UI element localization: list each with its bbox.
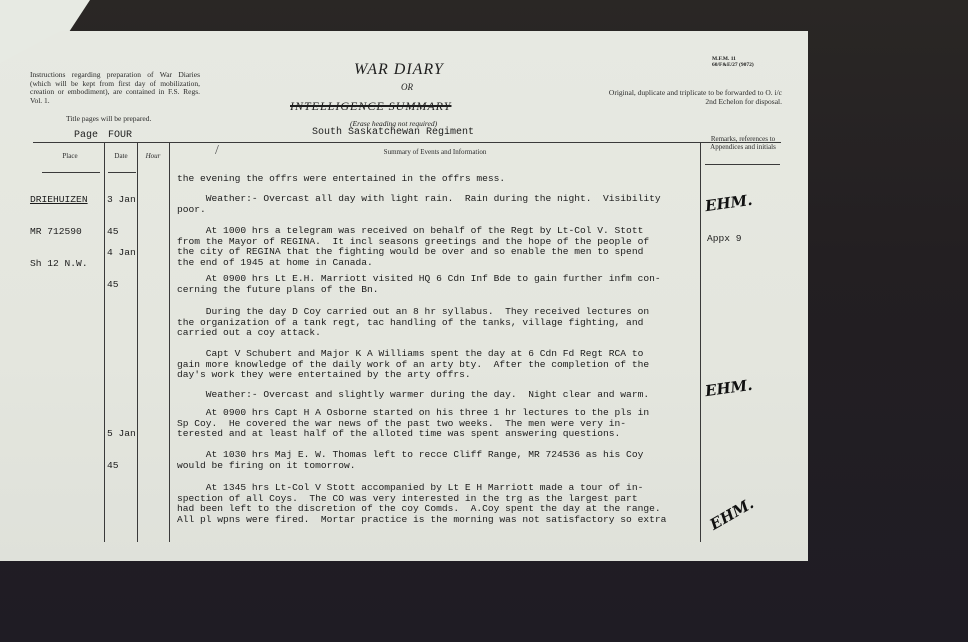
page-number: FOUR [108, 130, 132, 141]
header-rule [42, 172, 100, 173]
date-day: 4 Jan [107, 248, 136, 259]
initials-signature: EHM. [704, 191, 753, 215]
struck-heading: INTELLIGENCE SUMMARY [290, 99, 451, 114]
appendix-reference: Appx 9 [707, 234, 742, 245]
header-hour: Hour [138, 152, 168, 160]
place-cell: DRIEHUIZEN MR 712590 Sh 12 N.W. [30, 174, 88, 291]
header-rule [108, 172, 136, 173]
diary-entry: At 1000 hrs a telegram was received on b… [177, 226, 702, 268]
date-year: 45 [107, 461, 136, 472]
diary-entry: Capt V Schubert and Major K A Williams s… [177, 349, 702, 381]
document-title: WAR DIARY [354, 61, 444, 79]
diary-entry: At 1345 hrs Lt-Col V Stott accompanied b… [177, 483, 702, 525]
table-top-rule [33, 142, 781, 143]
date-year: 45 [107, 280, 136, 291]
title-pages-note: Title pages will be prepared. [66, 114, 151, 123]
diary-entry: At 0900 hrs Capt H A Osborne started on … [177, 408, 702, 440]
header-summary: Summary of Events and Information [170, 148, 700, 156]
header-rule [705, 164, 780, 165]
page-label: Page [74, 130, 98, 141]
date-day: 3 Jan [107, 195, 136, 206]
place-name: DRIEHUIZEN [30, 195, 88, 206]
initials-signature: EHM. [704, 376, 753, 400]
place-sheet: Sh 12 N.W. [30, 259, 88, 270]
date-cell: 5 Jan 45 [107, 408, 136, 493]
diary-entry: the evening the offrs were entertained i… [177, 174, 702, 185]
col-divider [104, 142, 105, 542]
date-day: 5 Jan [107, 429, 136, 440]
diary-entry: At 0900 hrs Lt E.H. Marriott visited HQ … [177, 274, 702, 295]
instructions-note: Instructions regarding preparation of Wa… [30, 71, 200, 105]
place-map-ref: MR 712590 [30, 227, 88, 238]
initials-signature: EHM. [707, 494, 757, 533]
header-date: Date [106, 152, 136, 160]
date-cell: 4 Jan 45 [107, 227, 136, 312]
col-divider [169, 142, 170, 542]
col-divider [137, 142, 138, 542]
title-or: OR [401, 82, 413, 92]
diary-entry: During the day D Coy carried out an 8 hr… [177, 307, 702, 339]
pen-mark: / [215, 143, 219, 159]
header-remarks: Remarks, references to Appendices and in… [703, 135, 783, 151]
war-diary-page: M.F.M. 11 60/F&E/27 (9072) Instructions … [0, 31, 808, 561]
form-number-line: 60/F&E/27 (9072) [712, 62, 754, 68]
header-place: Place [40, 152, 100, 160]
diary-entry: At 1030 hrs Maj E. W. Thomas left to rec… [177, 450, 702, 471]
form-number: M.F.M. 11 60/F&E/27 (9072) [712, 56, 754, 68]
distribution-note: Original, duplicate and triplicate to be… [604, 88, 782, 106]
diary-entry: Weather:- Overcast all day with light ra… [177, 194, 702, 215]
unit-name: South Saskatchewan Regiment [312, 127, 474, 138]
diary-entry: Weather:- Overcast and slightly warmer d… [177, 390, 702, 401]
